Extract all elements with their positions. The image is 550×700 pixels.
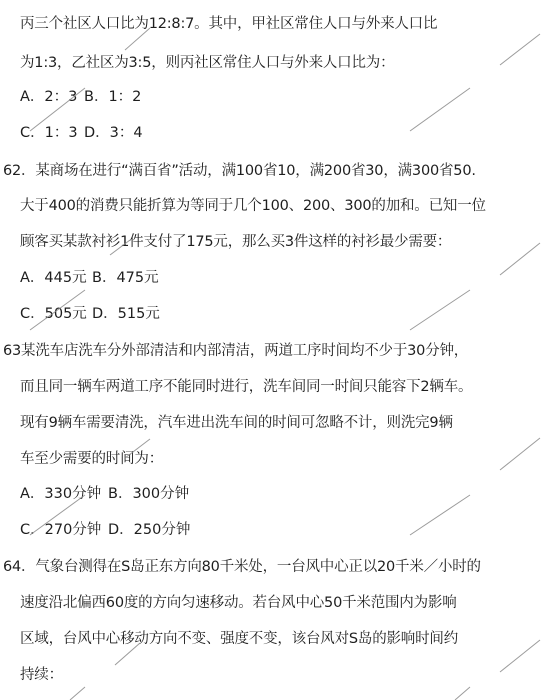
- q64-text-line-4: 持续：: [20, 665, 63, 685]
- q61-option-b[interactable]: B．1：2: [84, 87, 141, 107]
- q62-option-b[interactable]: B．475元: [92, 268, 159, 288]
- q62-text-line-2: 大于400的消费只能折算为等同于几个100、200、300的加和。已知一位: [20, 196, 486, 216]
- q62-options-row-1: A．445元B．475元: [20, 268, 159, 288]
- q64-text-line-2: 速度沿北偏西60度的方向匀速移动。若台风中心50千米范围内为影响: [20, 593, 457, 613]
- q63-text-line-3: 现有9辆车需要清洗，汽车进出洗车间的时间可忽略不计，则洗完9辆: [20, 413, 453, 433]
- q63-text-line-1: 63某洗车店洗车分外部清洁和内部清洁，两道工序时间均不少于30分钟，: [3, 341, 468, 361]
- q63-text-line-2: 而且同一辆车两道工序不能同时进行，洗车间同一时间只能容下2辆车。: [20, 377, 472, 397]
- q61-text-line-2: 为1:3，乙社区为3:5，则丙社区常住人口与外来人口比为：: [20, 53, 394, 73]
- q62-option-d[interactable]: D．515元: [92, 304, 160, 324]
- q61-option-d[interactable]: D．3：4: [84, 123, 143, 143]
- exam-page: 丙三个社区人口比为12:8:7。其中，甲社区常住人口与外来人口比 为1:3，乙社…: [0, 0, 550, 700]
- q61-options-row-1: A．2：3B．1：2: [20, 87, 141, 107]
- q63-text-line-4: 车至少需要的时间为：: [20, 449, 163, 469]
- q63-option-c[interactable]: C．270分钟: [20, 520, 108, 540]
- q63-option-d[interactable]: D．250分钟: [108, 520, 190, 540]
- q62-options-row-2: C．505元D．515元: [20, 304, 160, 324]
- q61-option-c[interactable]: C．1：3: [20, 123, 84, 143]
- q61-text-line-1: 丙三个社区人口比为12:8:7。其中，甲社区常住人口与外来人口比: [20, 14, 437, 34]
- q63-options-row-2: C．270分钟D．250分钟: [20, 520, 190, 540]
- q64-text-line-1: 64．气象台测得在S岛正东方向80千米处，一台风中心正以20千米／小时的: [3, 557, 481, 577]
- q63-options-row-1: A．330分钟B．300分钟: [20, 484, 189, 504]
- q62-option-c[interactable]: C．505元: [20, 304, 92, 324]
- q61-options-row-2: C．1：3D．3：4: [20, 123, 143, 143]
- q62-text-line-3: 顾客买某款衬衫1件支付了175元，那么买3件这样的衬衫最少需要：: [20, 232, 451, 252]
- q64-text-line-3: 区域，台风中心移动方向不变、强度不变，该台风对S岛的影响时间约: [20, 629, 458, 649]
- q62-text-line-1: 62．某商场在进行“满百省”活动，满100省10，满200省30，满300省50…: [3, 161, 476, 181]
- q63-option-b[interactable]: B．300分钟: [108, 484, 189, 504]
- q63-option-a[interactable]: A．330分钟: [20, 484, 108, 504]
- q62-option-a[interactable]: A．445元: [20, 268, 92, 288]
- q61-option-a[interactable]: A．2：3: [20, 87, 84, 107]
